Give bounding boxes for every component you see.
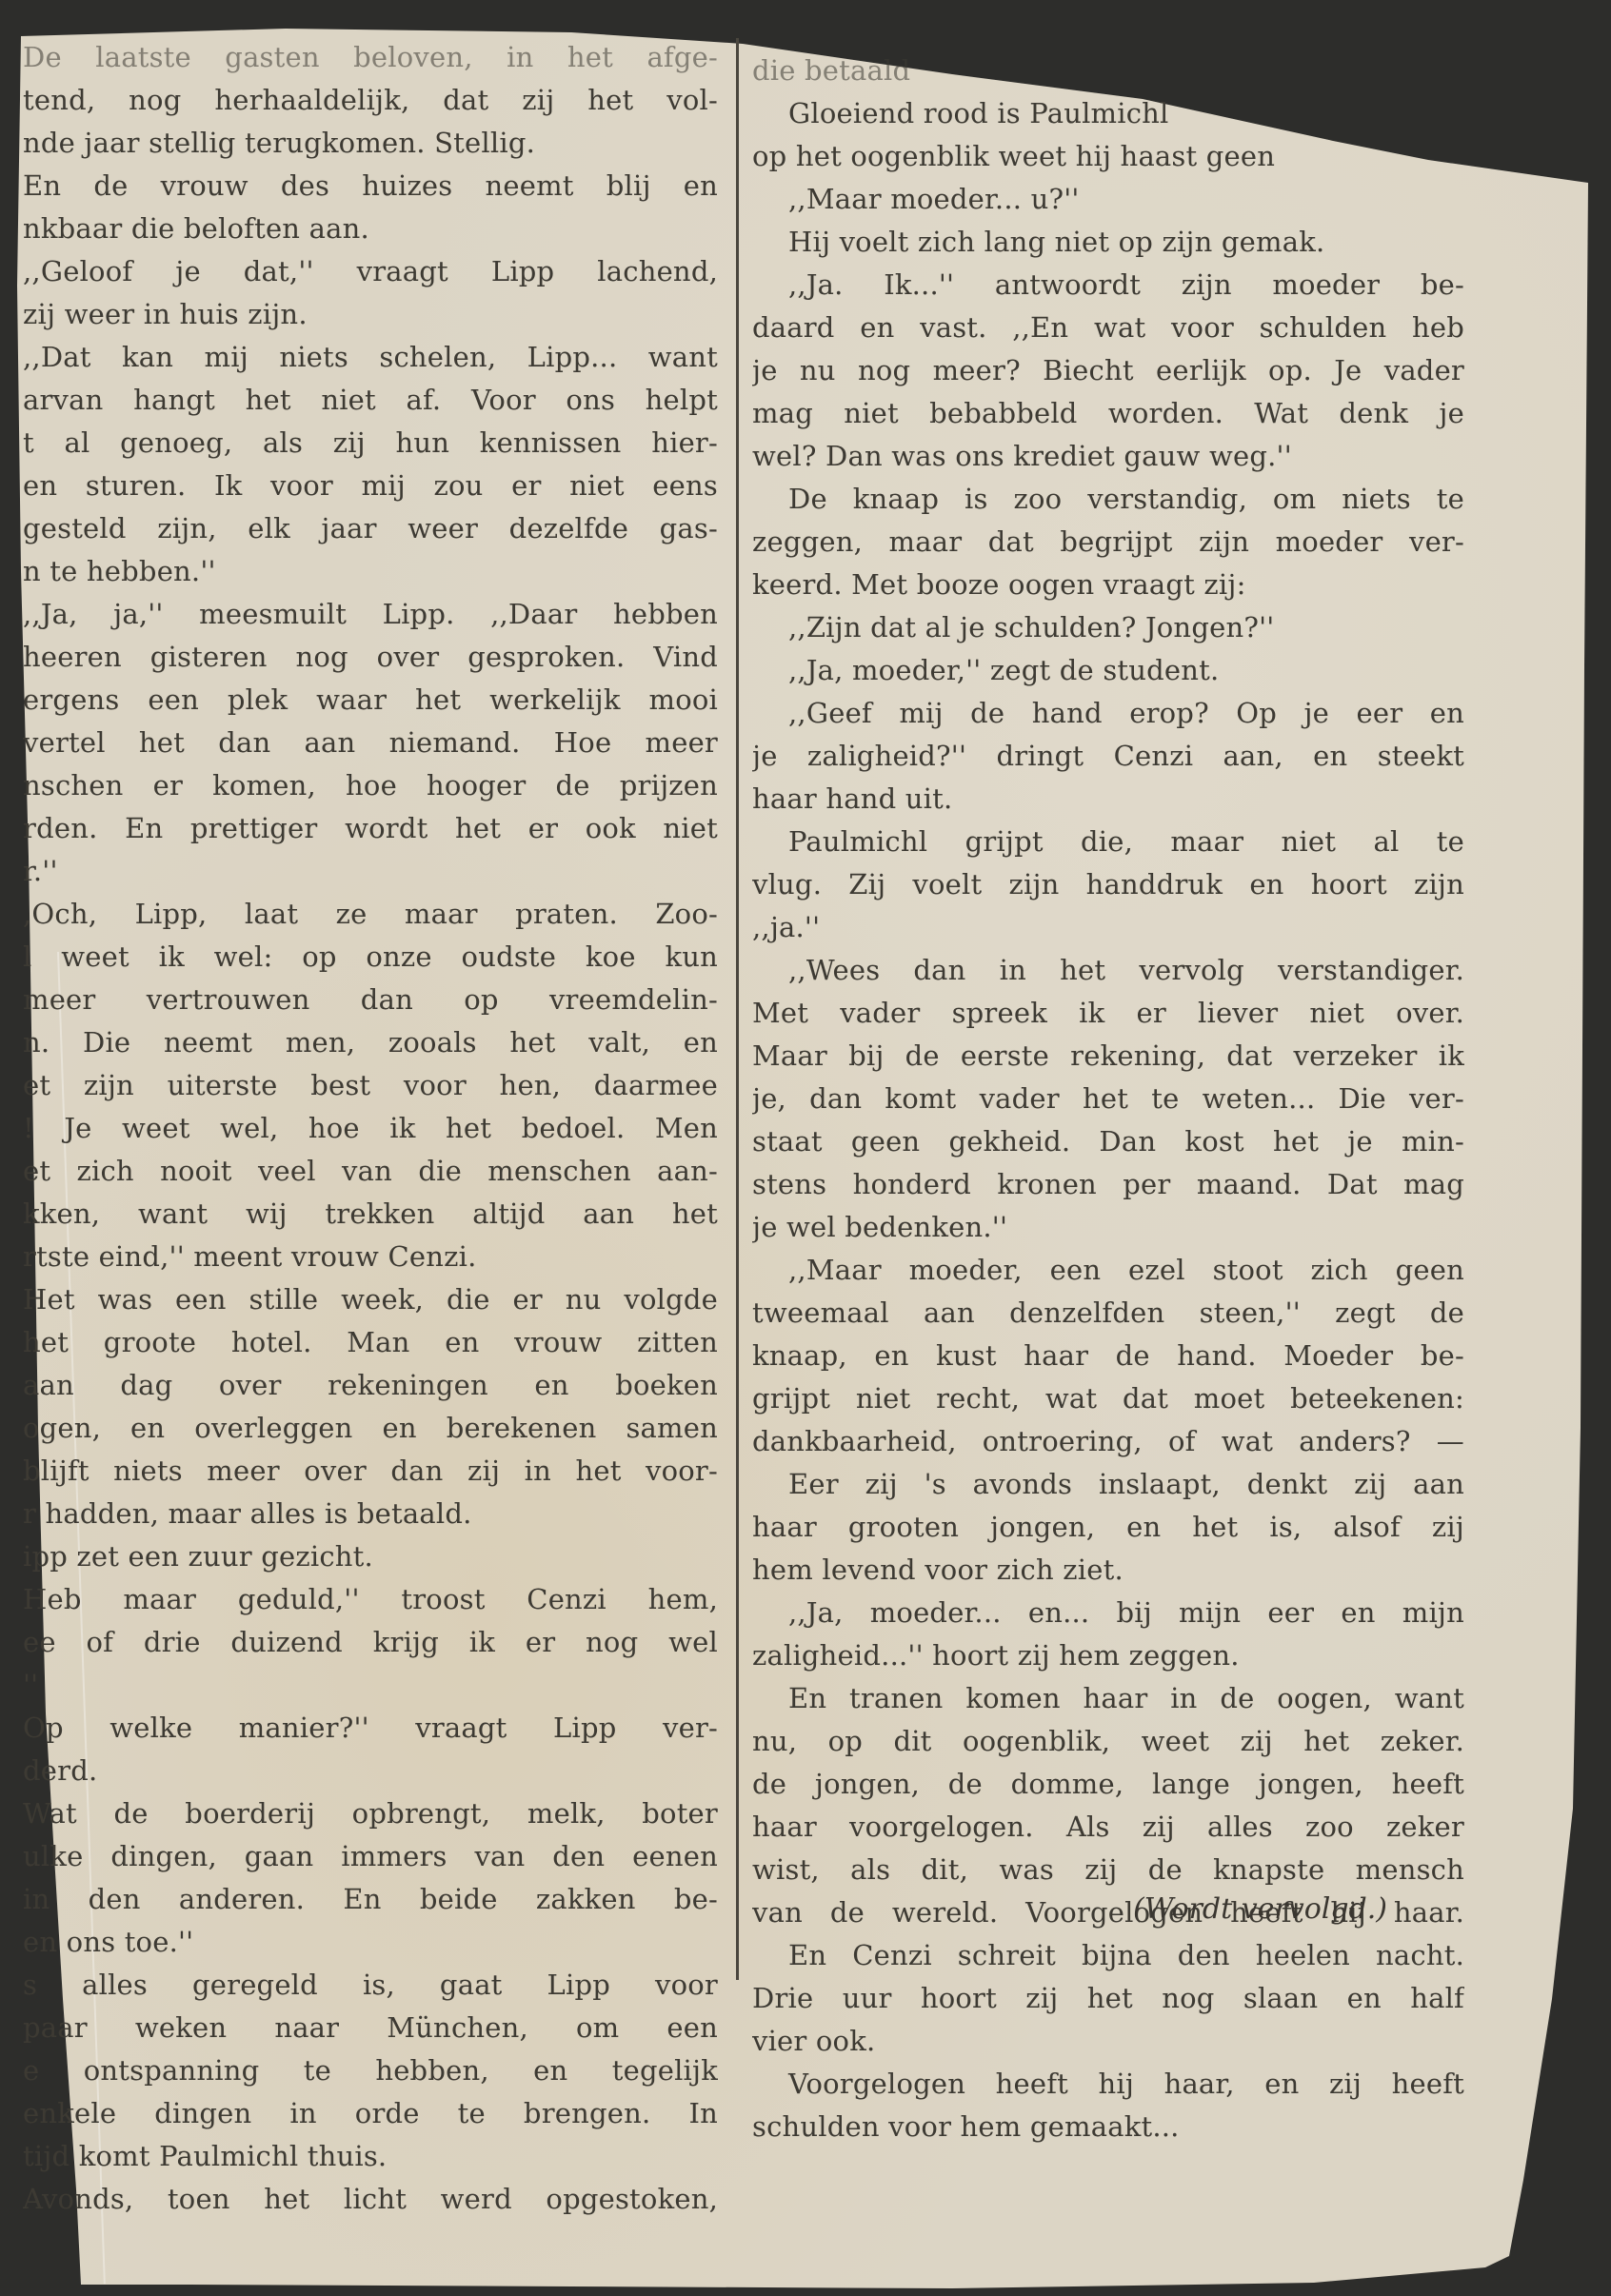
text-line: En de vrouw des huizes neemt blij en — [23, 165, 718, 208]
text-line: schulden voor hem gemaakt... — [752, 2106, 1464, 2148]
text-line: haar hand uit. — [752, 778, 1464, 821]
text-line: ,,Dat kan mij niets schelen, Lipp... wan… — [23, 336, 718, 379]
text-line: nschen er komen, hoe hooger de prijzen — [23, 764, 718, 807]
right-text-column: die betaaldGloeiend rood is Paulmichlop … — [752, 49, 1464, 2148]
text-line: in den anderen. En beide zakken be- — [23, 1878, 718, 1921]
text-line: Met vader spreek ik er liever niet over. — [752, 992, 1464, 1035]
text-line: daard en vast. ,,En wat voor schulden he… — [752, 307, 1464, 349]
text-line: En Cenzi schreit bijna den heelen nacht. — [752, 1934, 1464, 1977]
text-line: et zich nooit veel van die menschen aan- — [23, 1150, 718, 1193]
text-line: gesteld zijn, elk jaar weer dezelfde gas… — [23, 507, 718, 550]
text-line: arvan hangt het niet af. Voor ons helpt — [23, 379, 718, 422]
text-line: heeren gisteren nog over gesproken. Vind — [23, 636, 718, 679]
text-line: het groote hotel. Man en vrouw zitten — [23, 1321, 718, 1364]
text-line: Wat de boerderij opbrengt, melk, boter — [23, 1792, 718, 1835]
text-line: s alles geregeld is, gaat Lipp voor — [23, 1964, 718, 2007]
text-line: ipp zet een zuur gezicht. — [23, 1535, 718, 1578]
text-line: ,,Ja, moeder... en... bij mijn eer en mi… — [752, 1592, 1464, 1634]
text-line: op het oogenblik weet hij haast geen — [752, 135, 1464, 178]
text-line: je nu nog meer? Biecht eerlijk op. Je va… — [752, 349, 1464, 392]
text-line: n. Die neemt men, zooals het valt, en — [23, 1021, 718, 1064]
text-line: je zaligheid?'' dringt Cenzi aan, en ste… — [752, 735, 1464, 778]
text-line: Voorgelogen heeft hij haar, en zij heeft — [752, 2063, 1464, 2106]
text-line: e ontspanning te hebben, en tegelijk — [23, 2049, 718, 2092]
text-line: En tranen komen haar in de oogen, want — [752, 1677, 1464, 1720]
text-line: De laatste gasten beloven, in het afge- — [23, 36, 718, 79]
text-line: l weet ik wel: op onze oudste koe kun — [23, 936, 718, 979]
text-line: ,,Ja, ja,'' meesmuilt Lipp. ,,Daar hebbe… — [23, 593, 718, 636]
text-line: dankbaarheid, ontroering, of wat anders?… — [752, 1420, 1464, 1463]
text-line: Hij voelt zich lang niet op zijn gemak. — [752, 221, 1464, 264]
text-line: enkele dingen in orde te brengen. In — [23, 2092, 718, 2135]
text-line: n te hebben.'' — [23, 550, 718, 593]
text-line: ee of drie duizend krijg ik er nog wel — [23, 1621, 718, 1664]
text-line: ,,ja.'' — [752, 906, 1464, 949]
text-line: ,,Geloof je dat,'' vraagt Lipp lachend, — [23, 250, 718, 293]
text-line: Paulmichl grijpt die, maar niet al te — [752, 821, 1464, 863]
text-line: vier ook. — [752, 2020, 1464, 2063]
text-line: ,,Ja, moeder,'' zegt de student. — [752, 649, 1464, 692]
text-line: derd. — [23, 1750, 718, 1792]
text-line: mag niet bebabbeld worden. Wat denk je — [752, 392, 1464, 435]
text-line: Het was een stille week, die er nu volgd… — [23, 1278, 718, 1321]
text-line: Op welke manier?'' vraagt Lipp ver- — [23, 1707, 718, 1750]
text-line: je, dan komt vader het te weten... Die v… — [752, 1078, 1464, 1120]
text-line: ,,Ja. Ik...'' antwoordt zijn moeder be- — [752, 264, 1464, 307]
text-line: Drie uur hoort zij het nog slaan en half — [752, 1977, 1464, 2020]
text-line: en sturen. Ik voor mij zou er niet eens — [23, 465, 718, 507]
text-line: Maar bij de eerste rekening, dat verzeke… — [752, 1035, 1464, 1078]
text-line: keerd. Met booze oogen vraagt zij: — [752, 564, 1464, 606]
text-line: nu, op dit oogenblik, weet zij het zeker… — [752, 1720, 1464, 1763]
text-line: r.'' — [23, 850, 718, 893]
text-line: vlug. Zij voelt zijn handdruk en hoort z… — [752, 863, 1464, 906]
text-line: stens honderd kronen per maand. Dat mag — [752, 1163, 1464, 1206]
text-line: ,,Zijn dat al je schulden? Jongen?'' — [752, 606, 1464, 649]
left-text-column: De laatste gasten beloven, in het afge-t… — [23, 36, 718, 2221]
text-line: '' — [23, 1664, 718, 1707]
text-line: ,,Wees dan in het vervolg verstandiger. — [752, 949, 1464, 992]
text-line: rden. En prettiger wordt het er ook niet — [23, 807, 718, 850]
text-line: ,,Maar moeder, een ezel stoot zich geen — [752, 1249, 1464, 1292]
text-line: t al genoeg, als zij hun kennissen hier- — [23, 422, 718, 465]
text-line: staat geen gekheid. Dan kost het je min- — [752, 1120, 1464, 1163]
text-line: tijd komt Paulmichl thuis. — [23, 2135, 718, 2178]
text-line: haar voorgelogen. Als zij alles zoo zeke… — [752, 1806, 1464, 1849]
text-line: et zijn uiterste best voor hen, daarmee — [23, 1064, 718, 1107]
text-line: ,Och, Lipp, laat ze maar praten. Zoo- — [23, 893, 718, 936]
text-line: knaap, en kust haar de hand. Moeder be- — [752, 1335, 1464, 1377]
text-line: ogen, en overleggen en berekenen samen — [23, 1407, 718, 1450]
text-line: Heb maar geduld,'' troost Cenzi hem, — [23, 1578, 718, 1621]
text-line: nde jaar stellig terugkomen. Stellig. — [23, 122, 718, 165]
column-divider-rule — [736, 38, 739, 1980]
text-line: de jongen, de domme, lange jongen, heeft — [752, 1763, 1464, 1806]
text-line: hem levend voor zich ziet. — [752, 1549, 1464, 1592]
text-line: nkbaar die beloften aan. — [23, 208, 718, 250]
text-line: zeggen, maar dat begrijpt zijn moeder ve… — [752, 521, 1464, 564]
text-line: grijpt niet recht, wat dat moet beteeken… — [752, 1377, 1464, 1420]
text-line: blijft niets meer over dan zij in het vo… — [23, 1450, 718, 1493]
text-line: De knaap is zoo verstandig, om niets te — [752, 478, 1464, 521]
text-line: r hadden, maar alles is betaald. — [23, 1493, 718, 1535]
text-line: tend, nog herhaaldelijk, dat zij het vol… — [23, 79, 718, 122]
text-line: rtste eind,'' meent vrouw Cenzi. — [23, 1236, 718, 1278]
text-line: kken, want wij trekken altijd aan het — [23, 1193, 718, 1236]
text-line: en ons toe.'' — [23, 1921, 718, 1964]
text-line: Gloeiend rood is Paulmichl — [752, 92, 1464, 135]
text-line: paar weken naar München, om een — [23, 2007, 718, 2049]
text-line: aan dag over rekeningen en boeken — [23, 1364, 718, 1407]
text-line: tweemaal aan denzelfden steen,'' zegt de — [752, 1292, 1464, 1335]
continuation-note: (Wordt vervolgd.) — [1133, 1892, 1387, 1926]
text-line: zaligheid...'' hoort zij hem zeggen. — [752, 1634, 1464, 1677]
text-line: meer vertrouwen dan op vreemdelin- — [23, 979, 718, 1021]
text-line: zij weer in huis zijn. — [23, 293, 718, 336]
text-line: ulke dingen, gaan immers van den eenen — [23, 1835, 718, 1878]
text-line: wel? Dan was ons krediet gauw weg.'' — [752, 435, 1464, 478]
text-line: ! Je weet wel, hoe ik het bedoel. Men — [23, 1107, 718, 1150]
text-line: wist, als dit, was zij de knapste mensch — [752, 1849, 1464, 1891]
text-line: die betaald — [752, 49, 1464, 92]
text-line: je wel bedenken.'' — [752, 1206, 1464, 1249]
text-line: Avonds, toen het licht werd opgestoken, — [23, 2178, 718, 2221]
text-line: vertel het dan aan niemand. Hoe meer — [23, 722, 718, 764]
text-line: Eer zij 's avonds inslaapt, denkt zij aa… — [752, 1463, 1464, 1506]
text-line: ,,Geef mij de hand erop? Op je eer en — [752, 692, 1464, 735]
text-line: haar grooten jongen, en het is, alsof zi… — [752, 1506, 1464, 1549]
text-line: ,,Maar moeder... u?'' — [752, 178, 1464, 221]
text-line: ergens een plek waar het werkelijk mooi — [23, 679, 718, 722]
